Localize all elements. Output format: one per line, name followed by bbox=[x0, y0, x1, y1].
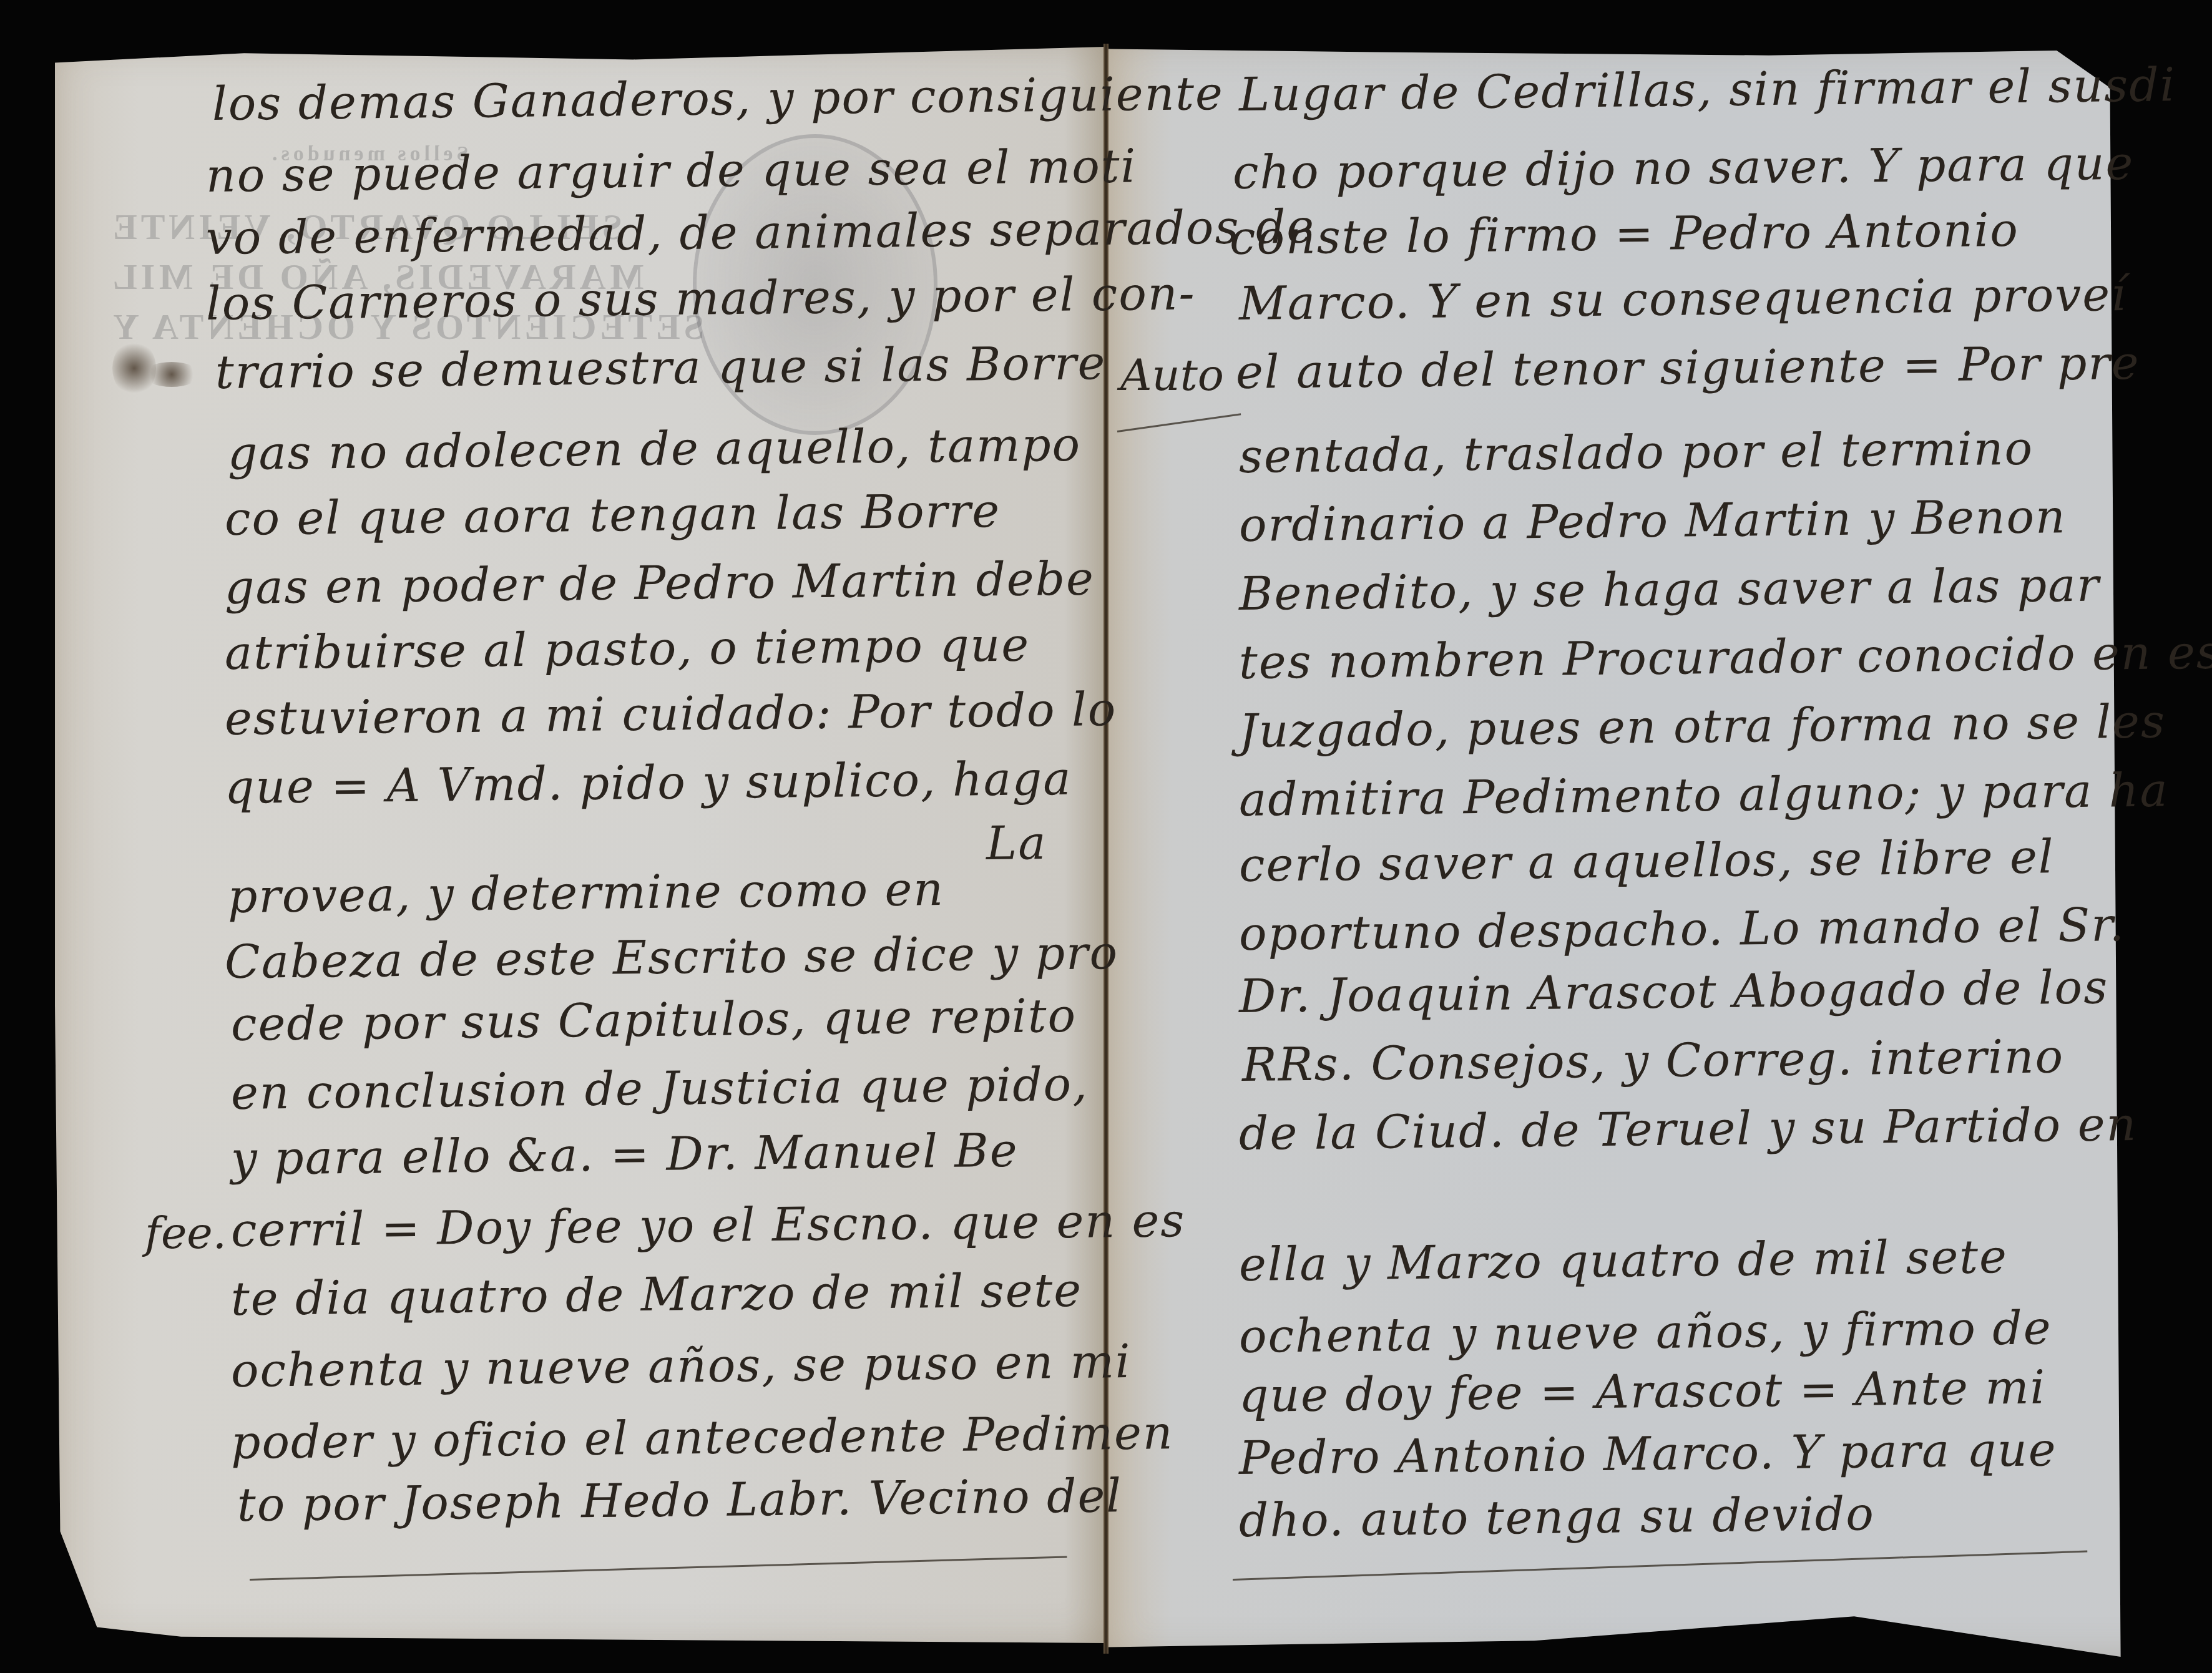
text-line: ella y Marzo quatro de mil sete bbox=[1239, 1234, 2008, 1288]
text-line: ochenta y nueve años, y firmo de bbox=[1239, 1305, 2052, 1360]
text-line: gas no adolecen de aquello, tampo bbox=[228, 422, 1082, 477]
text-line: en conclusion de Justicia que pido, bbox=[231, 1061, 1089, 1116]
text-line: no se puede arguir de que sea el moti bbox=[206, 143, 1137, 199]
text-line: conste lo firmo = Pedro Antonio bbox=[1230, 207, 2020, 261]
text-line: te dia quatro de Marzo de mil sete bbox=[231, 1267, 1083, 1322]
text-line: trario se demuestra que si las Borre bbox=[215, 340, 1107, 396]
text-line: los demas Ganaderos, y por consiguiente bbox=[212, 71, 1225, 127]
text-line: cho porque dijo no saver. Y para que bbox=[1233, 140, 2135, 196]
text-line: admitira Pedimento alguno; y para ha bbox=[1239, 767, 2169, 823]
text-line: ordinario a Pedro Martin y Benon bbox=[1239, 494, 2067, 549]
ink-stain bbox=[144, 362, 200, 387]
text-line: tes nombren Procurador conocido en este bbox=[1239, 629, 2212, 686]
text-line: dho. auto tenga su devido bbox=[1239, 1491, 1876, 1544]
text-line: de la Ciud. de Teruel y su Partido en bbox=[1239, 1101, 2138, 1157]
text-line: RRs. Consejos, y Correg. interino bbox=[1242, 1033, 2065, 1088]
text-line: Lugar de Cedrillas, sin firmar el susdi bbox=[1239, 62, 2176, 118]
text-line: Dr. Joaquin Arascot Abogado de los bbox=[1239, 964, 2109, 1020]
text-line: poder y oficio el antecedente Pedimen bbox=[231, 1410, 1174, 1466]
text-line: vo de enfermedad, de animales separados … bbox=[206, 203, 1316, 261]
text-line: el auto del tenor siguiente = Por pre bbox=[1236, 340, 2140, 396]
text-line: Benedito, y se haga saver a las par bbox=[1239, 562, 2100, 617]
text-line: cede por sus Capitulos, que repito bbox=[231, 993, 1077, 1048]
text-line: oportuno despacho. Lo mando el Sr. bbox=[1239, 902, 2126, 957]
text-line: estuvieron a mi cuidado: Por todo lo bbox=[225, 686, 1117, 742]
text-line: Juzgado, pues en otra forma no se les bbox=[1239, 698, 2166, 754]
text-line: gas en poder de Pedro Martin debe bbox=[225, 555, 1095, 611]
text-line: cerril = Doy fee yo el Escno. que en es bbox=[231, 1197, 1186, 1254]
text-line: ochenta y nueve años, se puso en mi bbox=[231, 1339, 1132, 1394]
text-line: sentada, traslado por el termino bbox=[1239, 426, 2034, 480]
text-line: Cabeza de este Escrito se dice y pro bbox=[225, 930, 1119, 985]
text-line: Pedro Antonio Marco. Y para que bbox=[1239, 1427, 2057, 1481]
text-line: que doy fee = Arascot = Ante mi bbox=[1239, 1364, 2047, 1419]
text-line: co el que aora tengan las Borre bbox=[225, 488, 1001, 542]
text-line: to por Joseph Hedo Labr. Vecino del bbox=[237, 1473, 1123, 1528]
text-line: cerlo saver a aquellos, se libre el bbox=[1239, 834, 2055, 889]
text-line: que = A Vmd. pido y suplico, haga bbox=[225, 756, 1072, 811]
margin-note-fee: fee. bbox=[145, 1207, 227, 1259]
text-line: y para ello &a. = Dr. Manuel Be bbox=[231, 1128, 1019, 1182]
text-line: La bbox=[986, 820, 1047, 867]
margin-note-auto: Auto bbox=[1120, 349, 1224, 401]
text-line: atribuirse al pasto, o tiempo que bbox=[225, 622, 1030, 676]
text-line: provea, y determine como en bbox=[228, 866, 945, 920]
text-line: Marco. Y en su consequencia proveí bbox=[1239, 271, 2127, 327]
text-line: los Carneros o sus madres, y por el con- bbox=[206, 270, 1196, 327]
